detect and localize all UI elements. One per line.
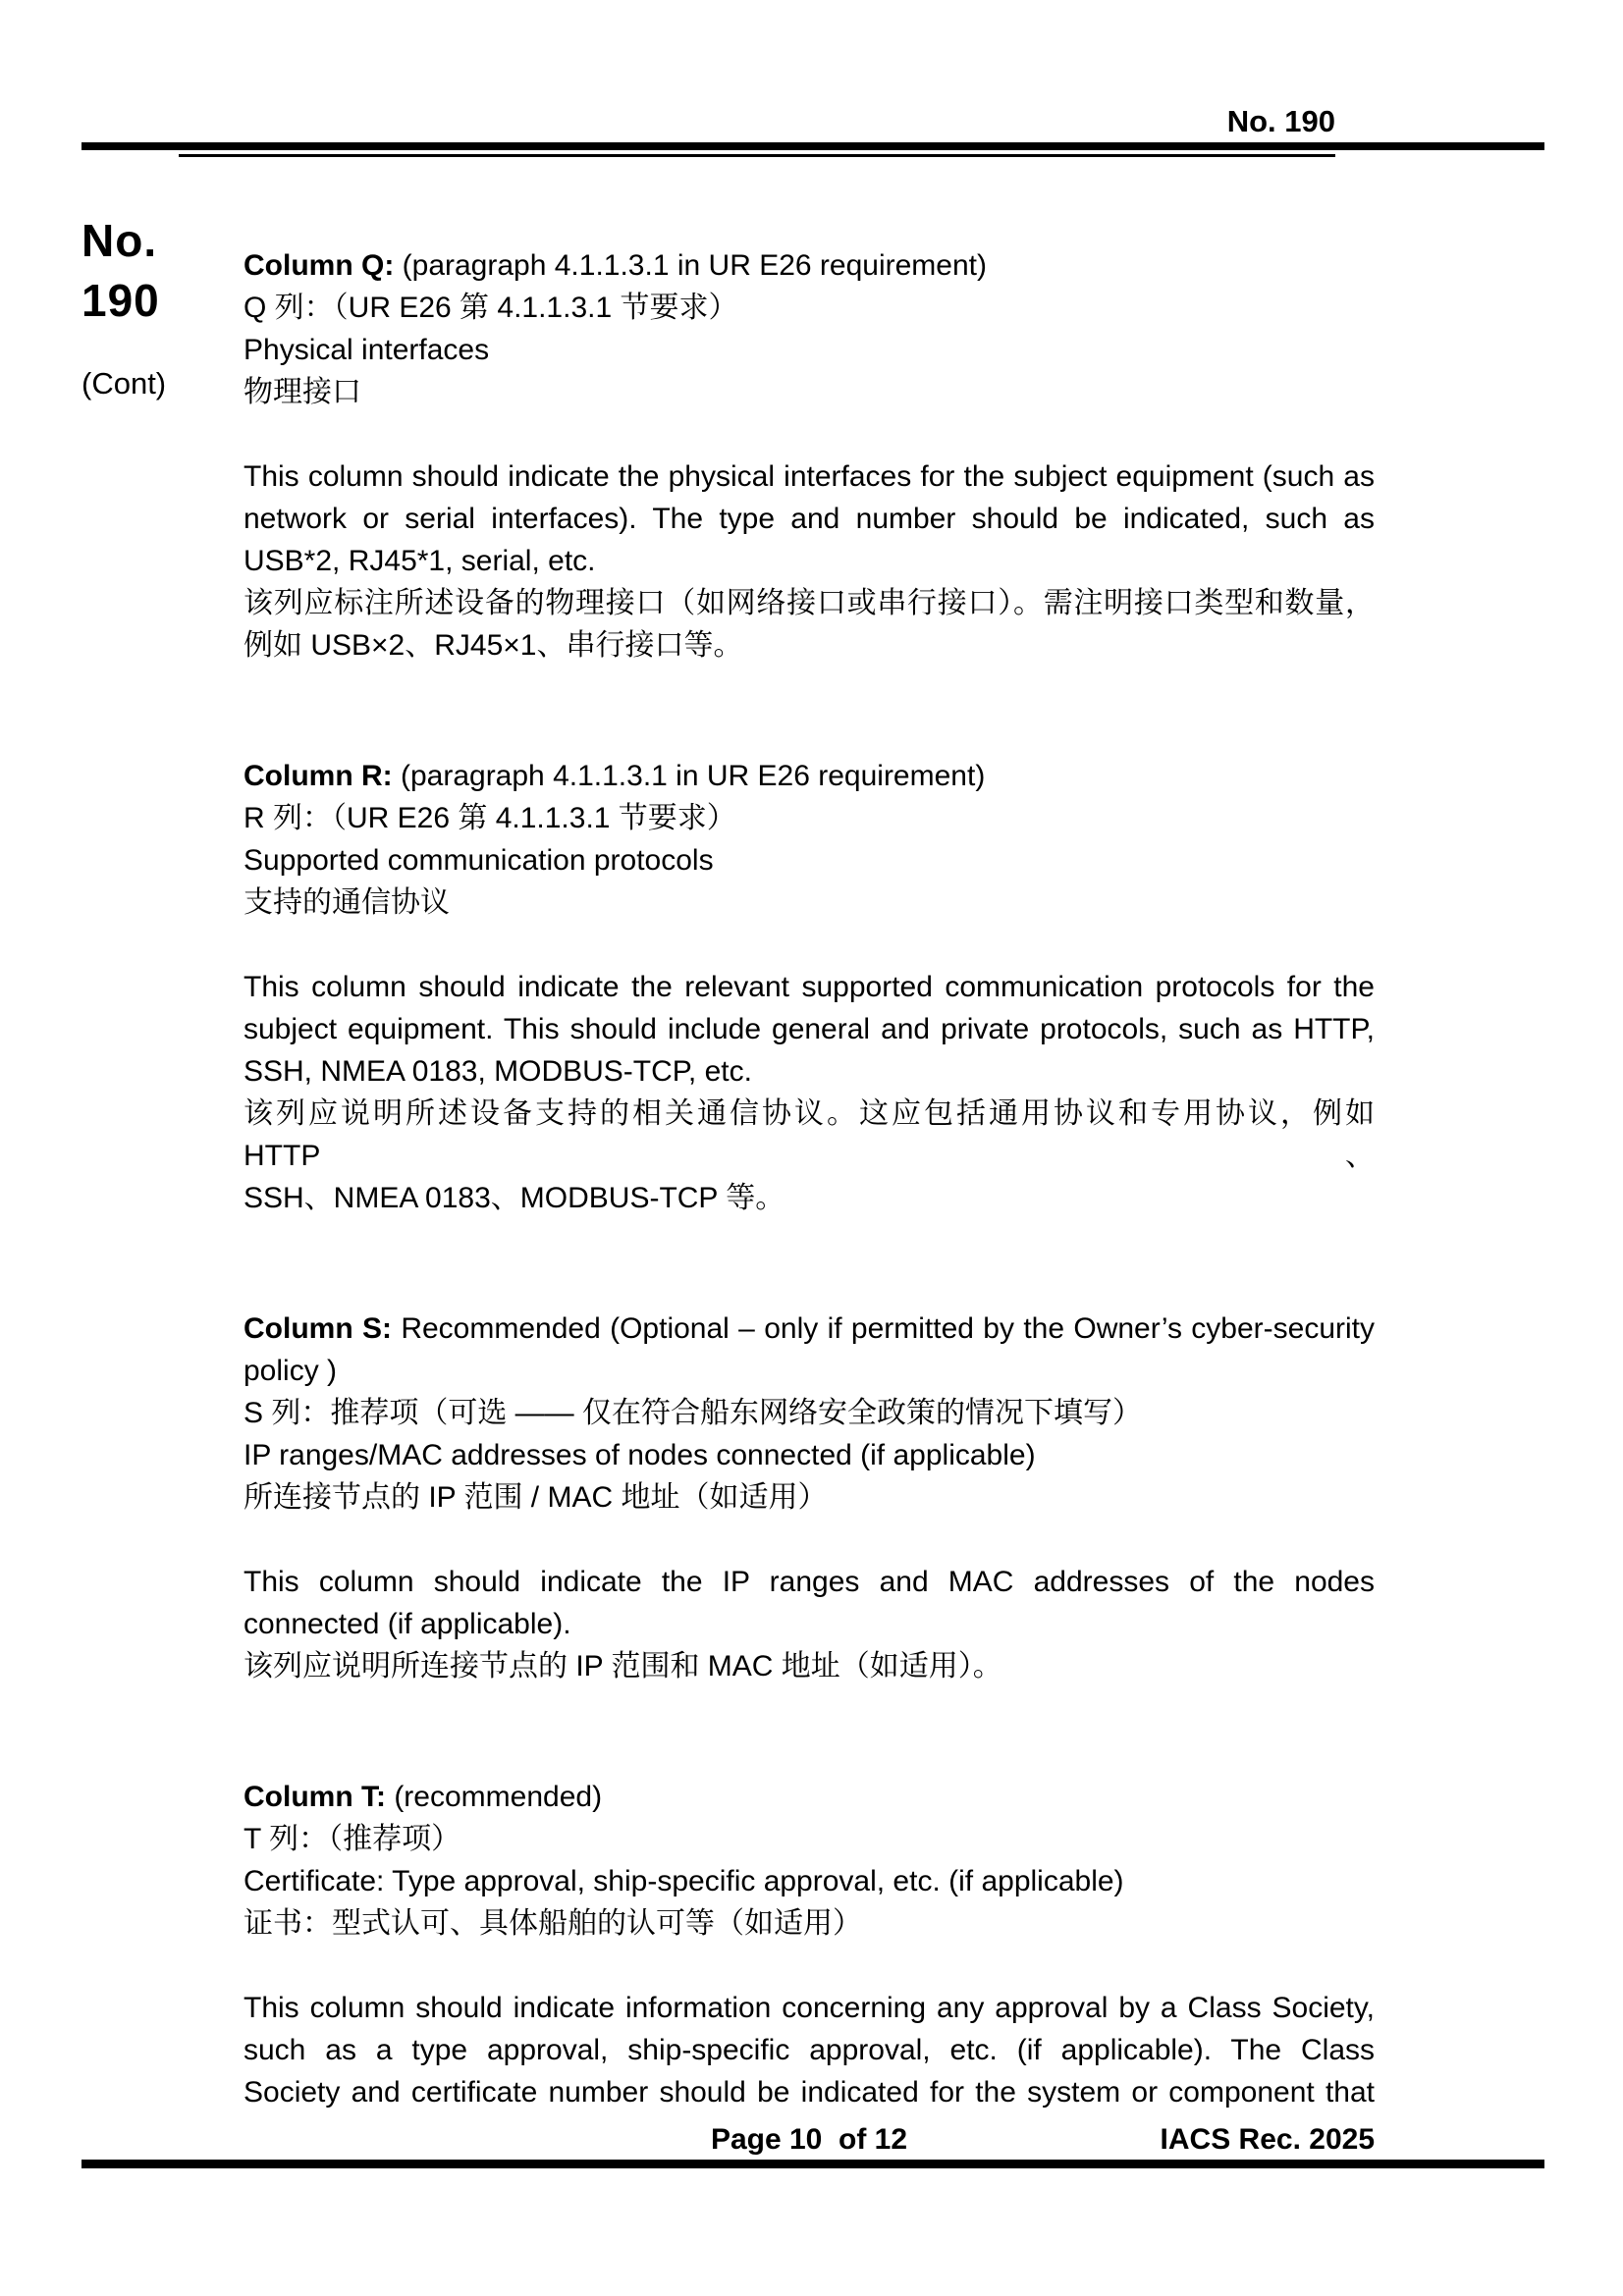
text-line: USB*2, RJ45*1, serial, etc. [243,540,1375,582]
text-line: 物理接口 [243,371,1375,413]
section-body-block: This column should indicate information … [243,1987,1375,2113]
header-doc-number: No. 190 [1080,102,1335,141]
text-line: 支持的通信协议 [243,881,1375,924]
text-line: 该列应标注所述设备的物理接口（如网络接口或串行接口）。需注明接口类型和数量， [243,582,1375,624]
column-label: Column R: [243,760,393,792]
header-rule-thick [81,142,1544,150]
text-line: This column should indicate the relevant… [243,966,1375,1008]
text-line: 例如 USB×2、RJ45×1、串行接口等。 [243,624,1375,667]
section-header-block: Column S: Recommended (Optional – only i… [243,1308,1375,1519]
text-line: S 列：推荐项（可选 —— 仅在符合船东网络安全政策的情况下填写） [243,1392,1375,1434]
section-column-r: Column R: (paragraph 4.1.1.3.1 in UR E26… [243,755,1375,1219]
text-line: R 列：（UR E26 第 4.1.1.3.1 节要求） [243,797,1375,839]
main-content: Column Q: (paragraph 4.1.1.3.1 in UR E26… [243,244,1375,2113]
section-header-block: Column R: (paragraph 4.1.1.3.1 in UR E26… [243,755,1375,924]
section-title-line: Column R: (paragraph 4.1.1.3.1 in UR E26… [243,755,1375,797]
section-title-line: Column Q: (paragraph 4.1.1.3.1 in UR E26… [243,244,1375,287]
text-line: policy ) [243,1350,1375,1392]
text-line: 所连接节点的 IP 范围 / MAC 地址（如适用） [243,1476,1375,1519]
section-body-block: This column should indicate the relevant… [243,966,1375,1219]
text-line: Certificate: Type approval, ship-specifi… [243,1860,1375,1902]
footer-rule [81,2160,1544,2168]
text-line: This column should indicate information … [243,1987,1375,2029]
text-line: 该列应说明所述设备支持的相关通信协议。这应包括通用协议和专用协议，例如 HTTP… [243,1093,1375,1177]
column-label: Column Q: [243,249,394,282]
column-label: Column T: [243,1781,386,1813]
section-body-block: This column should indicate the IP range… [243,1561,1375,1687]
section-title-line: Column S: Recommended (Optional – only i… [243,1308,1375,1350]
text-line: SSH, NMEA 0183, MODBUS-TCP, etc. [243,1050,1375,1093]
text-line: connected (if applicable). [243,1603,1375,1645]
section-header-block: Column Q: (paragraph 4.1.1.3.1 in UR E26… [243,244,1375,413]
section-column-t: Column T: (recommended)T 列：（推荐项）Certific… [243,1776,1375,2113]
text-line: SSH、NMEA 0183、MODBUS-TCP 等。 [243,1177,1375,1219]
text-line: T 列：（推荐项） [243,1818,1375,1860]
margin-cont-label: (Cont) [81,366,166,401]
text-line: This column should indicate the physical… [243,455,1375,498]
text-line: subject equipment. This should include g… [243,1008,1375,1050]
margin-doc-no-line1: No. [81,211,166,271]
header-rule-thin [179,154,1335,157]
text-line: Supported communication protocols [243,839,1375,881]
text-line: Physical interfaces [243,329,1375,371]
text-line: network or serial interfaces). The type … [243,498,1375,540]
document-page: No. 190 No. 190 (Cont) Column Q: (paragr… [0,0,1623,2296]
text-line: such as a type approval, ship-specific a… [243,2029,1375,2071]
text-line: 证书：型式认可、具体船舶的认可等（如适用） [243,1902,1375,1945]
footer-doc-ref: IACS Rec. 2025 [1161,2123,1375,2157]
margin-label: No. 190 (Cont) [81,211,166,401]
section-column-q: Column Q: (paragraph 4.1.1.3.1 in UR E26… [243,244,1375,667]
text-line: 该列应说明所连接节点的 IP 范围和 MAC 地址（如适用）。 [243,1645,1375,1687]
text-line: This column should indicate the IP range… [243,1561,1375,1603]
text-line: IP ranges/MAC addresses of nodes connect… [243,1434,1375,1476]
margin-doc-no-line2: 190 [81,271,166,331]
section-body-block: This column should indicate the physical… [243,455,1375,667]
text-line: Society and certificate number should be… [243,2071,1375,2113]
section-column-s: Column S: Recommended (Optional – only i… [243,1308,1375,1687]
column-label: Column S: [243,1312,392,1345]
section-title-line: Column T: (recommended) [243,1776,1375,1818]
text-line: Q 列：（UR E26 第 4.1.1.3.1 节要求） [243,287,1375,329]
section-header-block: Column T: (recommended)T 列：（推荐项）Certific… [243,1776,1375,1945]
